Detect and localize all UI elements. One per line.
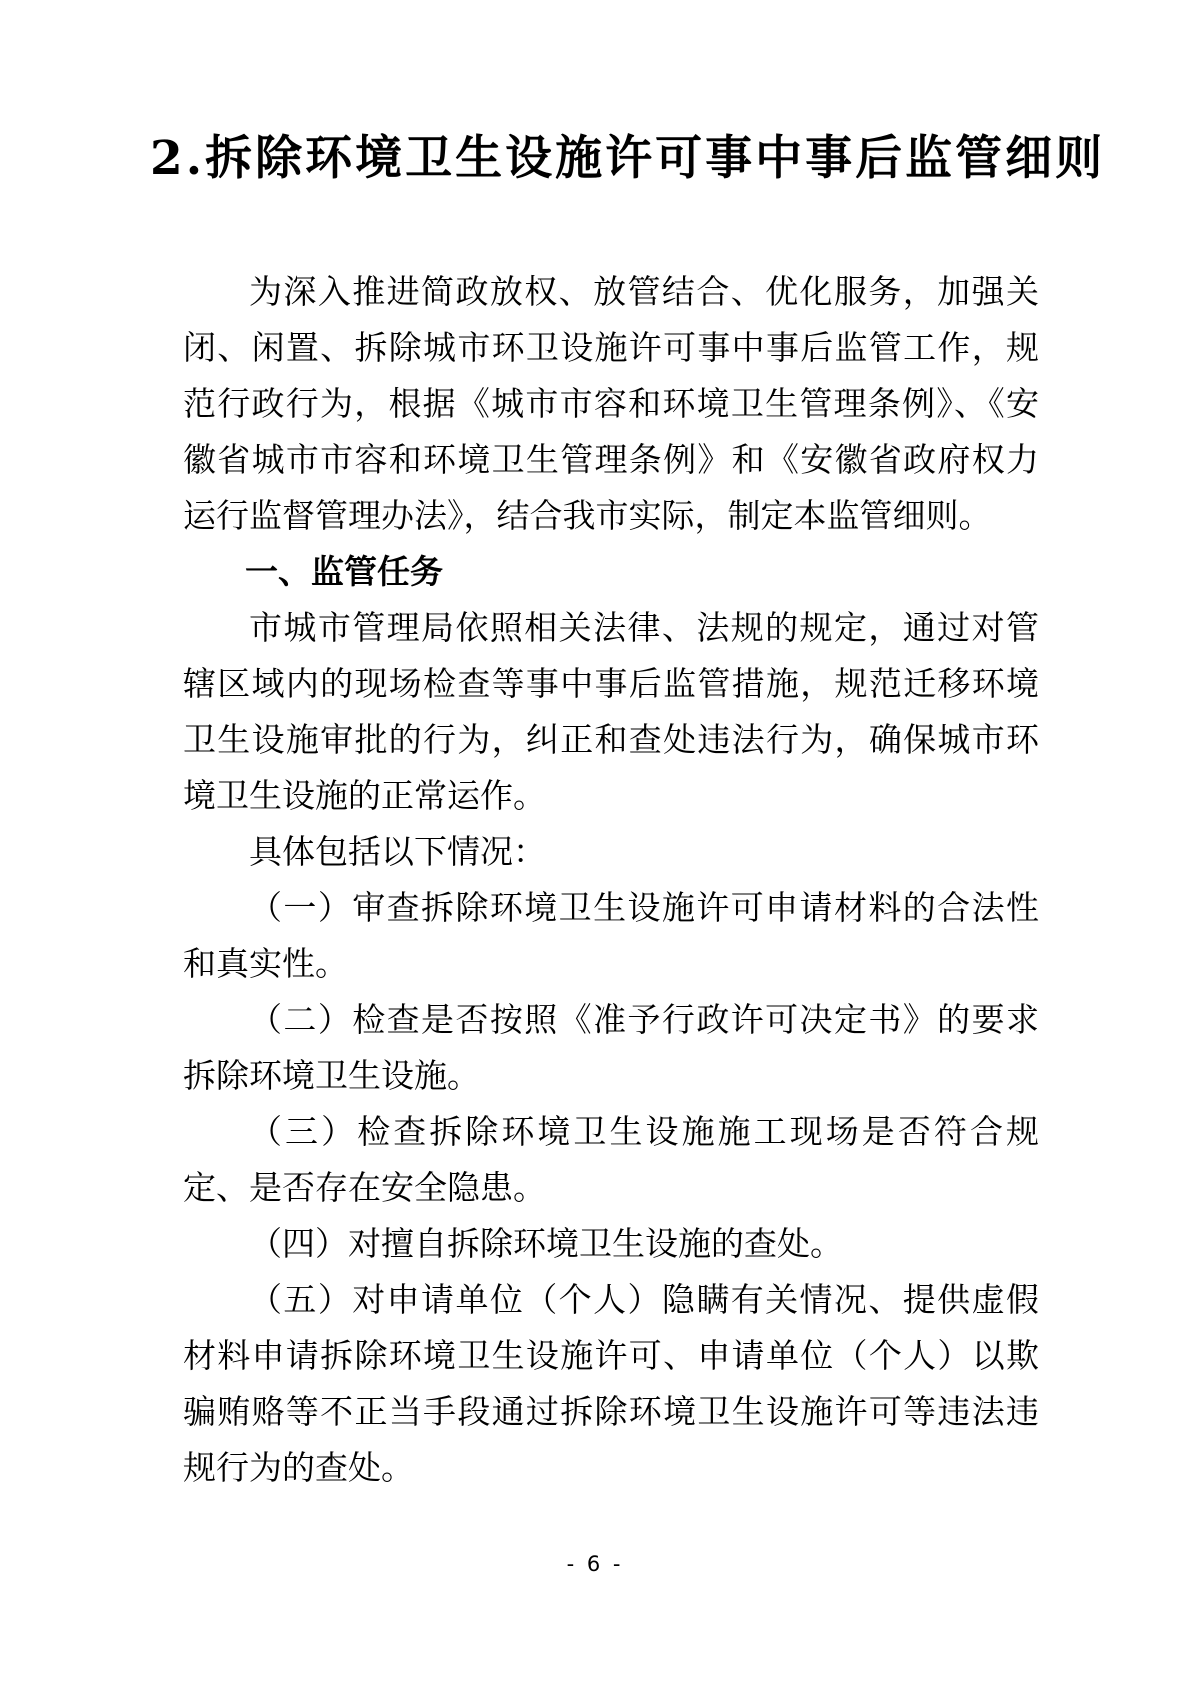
paragraph-supervision-scope: 市城市管理局依照相关法律、法规的规定，通过对管辖区域内的现场检查等事中事后监管措… [183,600,1039,824]
list-item-4: （四）对擅自拆除环境卫生设施的查处。 [183,1216,1039,1272]
section-heading-supervision-tasks: 一、监管任务 [183,544,1039,600]
page-number: - 6 - [0,1552,1190,1576]
list-item-1: （一）审查拆除环境卫生设施许可申请材料的合法性和真实性。 [183,880,1039,992]
document-body: 为深入推进简政放权、放管结合、优化服务，加强关闭、闲置、拆除城市环卫设施许可事中… [183,264,1039,1496]
list-item-2: （二）检查是否按照《准予行政许可决定书》的要求拆除环境卫生设施。 [183,992,1039,1104]
document-title: 2.拆除环境卫生设施许可事中事后监管细则 [150,128,1040,190]
paragraph-situations-lead-in: 具体包括以下情况： [183,824,1039,880]
paragraph-preamble: 为深入推进简政放权、放管结合、优化服务，加强关闭、闲置、拆除城市环卫设施许可事中… [183,264,1039,544]
list-item-5: （五）对申请单位（个人）隐瞒有关情况、提供虚假材料申请拆除环境卫生设施许可、申请… [183,1272,1039,1496]
list-item-3: （三）检查拆除环境卫生设施施工现场是否符合规定、是否存在安全隐患。 [183,1104,1039,1216]
document-page: 2.拆除环境卫生设施许可事中事后监管细则 为深入推进简政放权、放管结合、优化服务… [0,0,1190,1683]
